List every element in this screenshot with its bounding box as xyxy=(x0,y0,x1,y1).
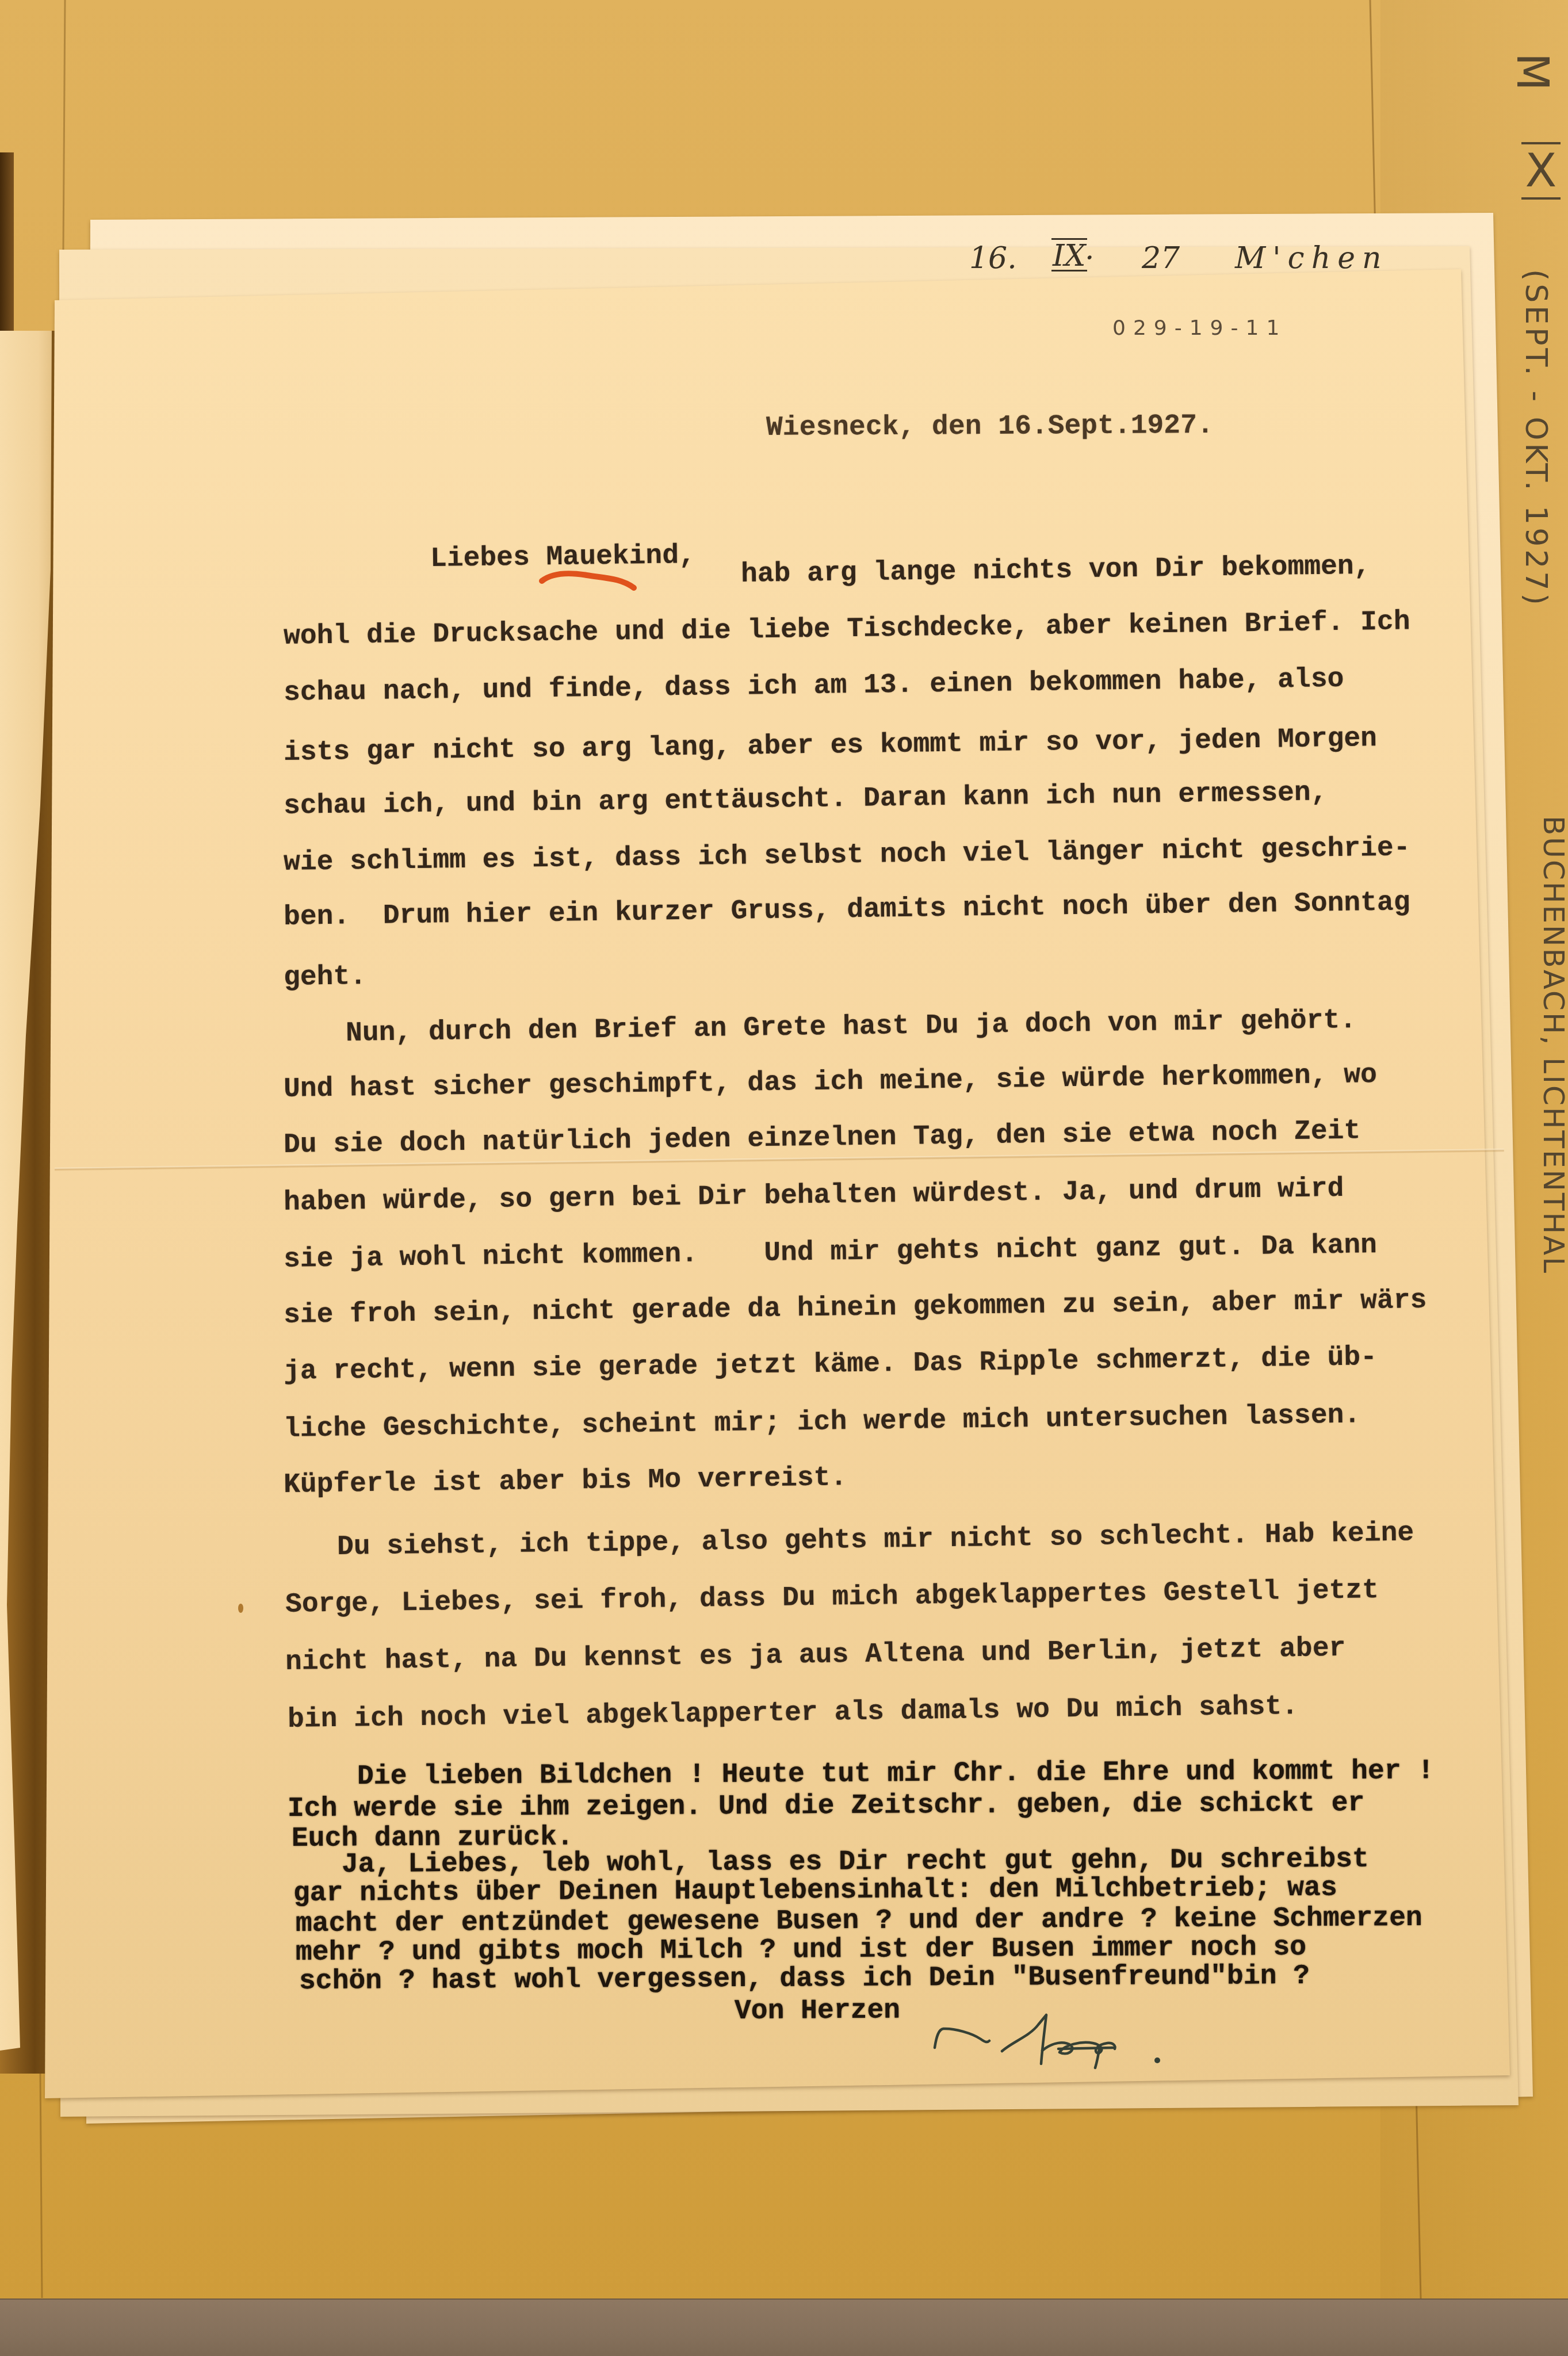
closing: Von Herzen xyxy=(735,1997,900,2025)
place-date-line: Wiesneck, den 16.Sept.1927. xyxy=(766,412,1214,442)
opening-line: hab arg lange nichts von Dir bekommen, xyxy=(741,553,1371,588)
folder-label-places: BUCHENBACH, LICHTENTHAL xyxy=(1539,816,1568,1275)
folder-label-series: M xyxy=(1509,53,1555,91)
archive-number: 029-19-11 xyxy=(1112,318,1287,339)
postscript-line: gar nichts über Deinen Hauptlebensinhalt… xyxy=(293,1874,1337,1907)
folder-label-volume: X xyxy=(1521,142,1561,200)
handwritten-signature-icon xyxy=(920,2002,1173,2082)
letter-line: Küpferle ist aber bis Mo verreist. xyxy=(284,1464,847,1499)
postscript-line: Die lieben Bildchen ! Heute tut mir Chr.… xyxy=(357,1757,1435,1791)
postscript-line: Ich werde sie ihm zeigen. Und die Zeitsc… xyxy=(288,1789,1365,1823)
red-pencil-underline-icon xyxy=(535,567,644,595)
folder-label-period: (SEPT. - OKT. 1927) xyxy=(1520,269,1552,608)
ink-spot xyxy=(238,1604,243,1613)
letter-line: geht. xyxy=(284,963,367,992)
postscript-line: schön ? hast wohl vergessen, dass ich De… xyxy=(299,1963,1310,1995)
